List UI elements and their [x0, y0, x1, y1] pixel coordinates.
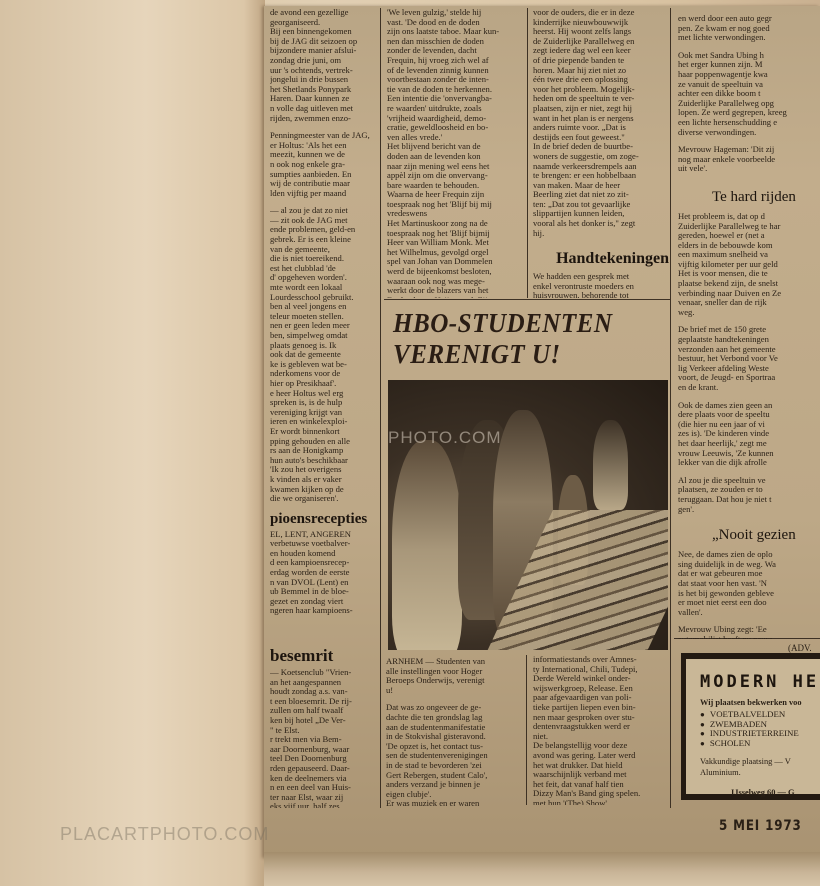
text-line: van maken. Maar de heer [533, 181, 669, 191]
text-line: of drie piepende banden te [533, 56, 669, 66]
column-rule [380, 8, 381, 808]
text-line: rden gepauseerd. Daar- [270, 764, 378, 774]
text-line: (die hier nu een jaar of vi [678, 420, 820, 430]
paragraph: ARNHEM — Studenten vanalle instellingen … [386, 657, 522, 695]
text-line: Het blijvend bericht van de [387, 142, 525, 152]
text-line: vooral als het donker is," zegt [533, 219, 669, 229]
text-line: ieren en winkelexploi- [270, 417, 378, 427]
text-line: In de brief deden de buurtbe- [533, 142, 669, 152]
text-line: erdag worden de eerste [270, 568, 378, 578]
column-2: 'We leven gulzig,' stelde hijvast. 'De d… [387, 8, 525, 298]
text-line: d een kampioensrecep- [270, 558, 378, 568]
text-line: kinderrijke nieuwbouwwijk [533, 18, 669, 28]
column-3: voor de ouders, die er in dezekinderrijk… [533, 8, 669, 298]
column-rule [526, 655, 527, 805]
text-line: en werd door een auto gegr [678, 14, 820, 24]
text-line: gezet en zondag viert [270, 597, 378, 607]
text-line: sen de studentenverenigingen [386, 751, 522, 761]
text-line: vallen'. [678, 608, 820, 618]
text-line: spreken is, is de hulp [270, 398, 378, 408]
text-line: georganiseerd. [270, 18, 378, 28]
col1-paragraph: — al zou je dat zo niet— zit ook de JAG … [270, 206, 378, 503]
col4-subhead-te-hard-rijden: Te hard rijden [712, 188, 820, 206]
text-line: Het is voor mensen, die te [678, 269, 820, 279]
text-line: Zuiderlijke Parallelweg opg [678, 99, 820, 109]
text-line: vredeswens [387, 209, 525, 219]
text-line: naar zijn mening wel eens het [387, 162, 525, 172]
text-line: ken bij hotel „De Ver- [270, 716, 378, 726]
text-line: ten: „Dat zou tot gevaarlijke [533, 200, 669, 210]
text-line: anders ruimte voor. „Dat is [533, 123, 669, 133]
text-line: gen'. [678, 505, 820, 515]
text-line: ARNHEM — Studenten van [386, 657, 522, 667]
paragraph: Ook de dames zien geen andere plaats voo… [678, 401, 820, 468]
advertisement-marker: (ADV. [788, 643, 812, 653]
text-line: anders verzand je binnen je [386, 780, 522, 790]
text-line: zegt iedere dag wel een keer [533, 46, 669, 56]
text-line: Dat was zo ongeveer de ge- [386, 703, 522, 713]
text-line: t een bloesemrit. De rij- [270, 697, 378, 707]
text-line: vast. 'De dood en de doden [387, 18, 525, 28]
text-line: 'De opzet is, het contact tus- [386, 742, 522, 752]
text-line: ke is gebleven wat be- [270, 360, 378, 370]
text-line: plaatse bekend zijn, de snelst [678, 279, 820, 289]
text-line: ter naar Elst, waar zij [270, 793, 378, 803]
paragraph: De brief met de 150 gretegeplaatste hand… [678, 325, 820, 392]
text-line: sumpties aanbieden. En [270, 170, 378, 180]
text-line: est het clubblad 'de [270, 264, 378, 274]
text-line: hun auto's beschikbaar [270, 456, 378, 466]
text-line: Penningmeester van de JAG, [270, 131, 378, 141]
text-line: — Koetsenclub "Vrien- [270, 668, 378, 678]
col1-paragraph: de avond een gezelligegeorganiseerd.Bij … [270, 8, 378, 123]
col4-subhead-nooit-gezien: „Nooit gezien [712, 526, 820, 544]
text-line: enkel verontruste moeders en [533, 282, 669, 292]
text-line: Het Martinuskoor zong na de [387, 219, 525, 229]
text-line: waaraan ook nog was mege- [387, 277, 525, 287]
text-line: ben, simpelweg omdat [270, 331, 378, 341]
text-line: ook dat de gemeente [270, 350, 378, 360]
text-line: dat staat voor hen vast. 'N [678, 579, 820, 589]
text-line: dere plaats voor de speeltu [678, 410, 820, 420]
text-line: We hadden een gesprek met [533, 272, 669, 282]
text-line: Gert Rebergen, student Calo', [386, 771, 522, 781]
text-line: het Wilhelmus, gevolgd orgel [387, 248, 525, 258]
paragraph: Het probleem is, dat op dZuiderlijke Par… [678, 212, 820, 318]
text-line: hier op Presikhaaf'. [270, 379, 378, 389]
text-line: geplaatste handtekeningen [678, 335, 820, 345]
text-line: dachte die ten grondslag lag [386, 713, 522, 723]
text-line: vrouw Leeuwis, 'Ze kunnen [678, 449, 820, 459]
text-line: teruggaan. Dat hou je niet t [678, 495, 820, 505]
text-line: Beroeps Onderwijs, verenigt [386, 676, 522, 686]
headline-line-1: HBO-STUDENTEN [393, 308, 612, 339]
text-line: het Shetlands Ponypark [270, 85, 378, 95]
text-line: plaats genoeg is. Ik [270, 341, 378, 351]
text-line: u! [386, 686, 522, 696]
text-line: n en een deel van Huis- [270, 783, 378, 793]
col1-subhead-bloesemrit: besemrit [270, 646, 378, 666]
text-line: alle instellingen voor Hoger [386, 667, 522, 677]
text-line: voortbestaan zonder de inten- [387, 75, 525, 85]
photo-watermark: PHOTO.COM [388, 428, 502, 448]
text-line: Dizzy Man's Band ging spelen. [533, 789, 667, 799]
text-line: De brief met de 150 grete [678, 325, 820, 335]
text-line: teleur moeten stellen. [270, 312, 378, 322]
text-line: ende problemen, geld-en [270, 225, 378, 235]
text-line: lekker van die dijk afrolle [678, 458, 820, 468]
text-line: ub Bemmel in de bloe- [270, 587, 378, 597]
article-column-right: informatiestands over Amnes-ty Internati… [533, 655, 667, 805]
text-line: Zuiderlijke Parallelweg te har [678, 222, 820, 232]
text-line: er moet niet eerst een doo [678, 598, 820, 608]
col3-paragraph: We hadden een gesprek metenkel verontrus… [533, 272, 669, 298]
text-line: dentenvraagstukken werd er [533, 722, 667, 732]
text-line: werkt door de blazers van het [387, 286, 525, 296]
ad-footer-line: Aluminium. [700, 767, 791, 778]
text-line: en de krant. [678, 383, 820, 393]
text-line: huisvrouwen, behorende tot [533, 291, 669, 298]
advertisement-modern: MODERN HE Wij plaatsen bekwerken voo VOE… [681, 653, 820, 800]
text-line: die is niet toereikend. [270, 254, 378, 264]
text-line: ty International, Chili, Tudepi, [533, 665, 667, 675]
text-line: heerst. Hij woont zelfs langs [533, 27, 669, 37]
text-line: Ook met Sandra Ubing h [678, 51, 820, 61]
text-line: tieke partijen liepen even bin- [533, 703, 667, 713]
text-line: Waarna de heer Frequin zijn [387, 190, 525, 200]
text-line: gereden, hoewel er (net a [678, 231, 820, 241]
section-rule [384, 299, 670, 300]
text-line: Beerling ziet dat niet zo zit- [533, 190, 669, 200]
text-line: lig Verkeer afdeling Weste [678, 364, 820, 374]
ad-list-item: SCHOLEN [700, 739, 799, 749]
text-line: werd de bijeenkomst besloten, [387, 267, 525, 277]
text-line: houdt zondag a.s. van- [270, 687, 378, 697]
column-1: de avond een gezelligegeorganiseerd.Bij … [270, 8, 378, 808]
text-line: in de Stokvishal gisteravond. [386, 732, 522, 742]
text-line: is het bij gewonden gebleve [678, 589, 820, 599]
text-line: EL, LENT, ANGEREN [270, 530, 378, 540]
text-line: toespraak nog het 'Blijf bij mij [387, 200, 525, 210]
ad-title: MODERN HE [700, 672, 819, 692]
clipping-bottom-margin [264, 852, 820, 886]
text-line: 'vrijheid waardigheid, demo- [387, 114, 525, 124]
text-line: verbetuwse voetbalver- [270, 539, 378, 549]
paragraph: Al zou je die speeltuin veplaatsen, ze z… [678, 476, 820, 514]
text-line: doden aan de levenden kon [387, 152, 525, 162]
text-line: wijswerkgroep, Release. Een [533, 684, 667, 694]
text-line: nen maar gesproken over stu- [533, 713, 667, 723]
paragraph: Dat was zo ongeveer de ge-dachte die ten… [386, 703, 522, 807]
text-line: want in het plan is er nergens [533, 114, 669, 124]
text-line: elders in de bebouwde kom [678, 241, 820, 251]
text-line: Mevrouw Hageman: 'Dit zij [678, 145, 820, 155]
text-line: n ook nog enkele gra- [270, 160, 378, 170]
text-line: haar poppenwagentje kwa [678, 70, 820, 80]
text-line: of de levenden zinnig kunnen [387, 66, 525, 76]
book-page-left [0, 0, 265, 886]
text-line: Frequin, hij vroeg zich wel af [387, 56, 525, 66]
text-line: toespraak nog het 'Blijf bijmij [387, 229, 525, 239]
text-line: aar Doornenburg, waar [270, 745, 378, 755]
headline-line-2: VERENIGT U! [393, 339, 612, 370]
text-line: " te Elst. [270, 726, 378, 736]
text-line: Fanfarekorps Heijenoord. Zij [387, 296, 525, 298]
text-line: pen. Ze kwam er nog goed [678, 24, 820, 34]
text-line: heden om de speeltuin te ver- [533, 94, 669, 104]
text-line: tie van de doden te herkennen. [387, 85, 525, 95]
text-line: van de gemeente, [270, 245, 378, 255]
text-line: een maximum snelheid va [678, 250, 820, 260]
text-line: sing duidelijk in de weg. Wa [678, 560, 820, 570]
text-line: ben al veel jongens en [270, 302, 378, 312]
clipping-date: 5 MEI 1973 [719, 818, 802, 834]
ad-footer-line: Vakkundige plaatsing — V [700, 756, 791, 767]
text-line: zonder de levenden, dacht [387, 46, 525, 56]
text-line: voor het probleem. Mogelijk- [533, 85, 669, 95]
article-column-left: ARNHEM — Studenten vanalle instellingen … [386, 657, 522, 807]
text-line: re waarden' uitdrukte, zoals [387, 104, 525, 114]
text-line: rs aan de Honigkamp [270, 446, 378, 456]
text-line: lden vijftig per maand [270, 189, 378, 199]
text-line: de Zuiderlijke Parallelweg en [533, 37, 669, 47]
text-line: Al zou je die speeltuin ve [678, 476, 820, 486]
column-4: en werd door een auto gegrpen. Ze kwam e… [678, 14, 820, 639]
text-line: an het aangespannen [270, 678, 378, 688]
text-line: gebrek. Er is een kleine [270, 235, 378, 245]
text-line: d' opgeheven worden'. [270, 273, 378, 283]
text-line: Het probleem is, dat op d [678, 212, 820, 222]
column-rule [527, 8, 528, 298]
text-line: meezit, kunnen we de [270, 150, 378, 160]
text-line: naamde verkeersdrempels aan [533, 162, 669, 172]
text-line: Ook de dames zien geen an [678, 401, 820, 411]
text-line: wij de contributie maar [270, 179, 378, 189]
text-line: Een intentie die 'onvervangba- [387, 94, 525, 104]
text-line: pping gehouden en alle [270, 437, 378, 447]
text-line: — zit ook de JAG met [270, 216, 378, 226]
text-line: bare waarden te behouden. [387, 181, 525, 191]
column-rule [670, 8, 671, 808]
text-line: destijds een fout geweest." [533, 133, 669, 143]
text-line: Derde Wereld winkel onder- [533, 674, 667, 684]
text-line: 'We leven gulzig,' stelde hij [387, 8, 525, 18]
text-line: r trekt men via Bem- [270, 735, 378, 745]
text-line: lopen. Ze werd gegrepen, kreeg [678, 108, 820, 118]
text-line: het erger kunnen zijn. M [678, 60, 820, 70]
ad-footer: Vakkundige plaatsing — V Aluminium. [700, 756, 791, 778]
text-line: informatiestands over Amnes- [533, 655, 667, 665]
text-line: het feit, dat vanaf half tien [533, 780, 667, 790]
text-line: diverse verwondingen. [678, 128, 820, 138]
text-line: Er wordt binnenkort [270, 427, 378, 437]
text-line: uur 's ochtends, vertrek- [270, 66, 378, 76]
text-line: waarschijnlijk verband met [533, 770, 667, 780]
text-line: niet. [533, 732, 667, 742]
text-line: weg. [678, 308, 820, 318]
text-line: mte wordt een lokaal [270, 283, 378, 293]
text-line: zes is). 'De kinderen vinde [678, 429, 820, 439]
text-line: één twee drie een oplossing [533, 75, 669, 85]
text-line: het daar heerlijk,' zegt me [678, 439, 820, 449]
text-line: k vinden als er vaker [270, 475, 378, 485]
text-line: met lichte verwondingen. [678, 33, 820, 43]
text-line: horen. Maar hij ziet niet zo [533, 66, 669, 76]
text-line: rijden, zwemmen enzo- [270, 114, 378, 124]
col3-paragraph: voor de ouders, die er in dezekinderrijk… [533, 8, 669, 238]
ad-list: VOETBALVELDEN ZWEMBADEN INDUSTRIETERREIN… [700, 710, 799, 748]
text-line: uit vele'. [678, 164, 820, 174]
text-line: plaatsen, ze zouden er to [678, 485, 820, 495]
text-line: bestuur, het Verbond voor Ve [678, 354, 820, 364]
text-line: nderkomens voor de [270, 369, 378, 379]
text-line: voort, de Jeugd- en Sportraa [678, 373, 820, 383]
text-line: eigen clubje'. [386, 790, 522, 800]
text-line: nog maar enkele voorbeelde [678, 155, 820, 165]
text-line: hij. [533, 229, 669, 239]
article-headline: HBO-STUDENTEN VERENIGT U! [393, 308, 612, 370]
text-line: Lourdesschool gebruikt. [270, 293, 378, 303]
text-line: cratie, geweldloosheid en bo- [387, 123, 525, 133]
col1-paragraph: EL, LENT, ANGERENverbetuwse voetbalver-e… [270, 530, 378, 616]
text-line: — al zou je dat zo niet [270, 206, 378, 216]
text-line: woners de suggestie, om zoge- [533, 152, 669, 162]
col3-subhead-handtekeningen: Handtekeningen [533, 250, 669, 268]
text-line: het wat drukker. Dat hield [533, 761, 667, 771]
text-line: paar afgevaardigen van poli- [533, 693, 667, 703]
text-line: nen er geen leden meer [270, 321, 378, 331]
col2-paragraph: 'We leven gulzig,' stelde hijvast. 'De d… [387, 8, 525, 298]
text-line: verbinding naar Duiven en Ze [678, 289, 820, 299]
text-line: avond was gering. Later werd [533, 751, 667, 761]
text-line: Heer van William Monk. Met [387, 238, 525, 248]
text-line: plaatsen, zijn er niet, zegt hij [533, 104, 669, 114]
text-line: in de stad te bevorderen 'zei [386, 761, 522, 771]
text-line: jongelui in drie bussen [270, 75, 378, 85]
text-line: n volle dag uitleven met [270, 104, 378, 114]
text-line: ngeren haar kampioens- [270, 606, 378, 616]
text-line: bij de JAG dit seizoen op [270, 37, 378, 47]
text-line: 'Ik zou het overigens [270, 465, 378, 475]
col1-paragraph: Penningmeester van de JAG,er Holtus: 'Al… [270, 131, 378, 198]
text-line: slippartijen kunnen leiden, [533, 209, 669, 219]
paragraph: informatiestands over Amnes-ty Internati… [533, 655, 667, 805]
text-line: vijftig kilometer per uur geld [678, 260, 820, 270]
text-line: appèl zijn om die onvervang- [387, 171, 525, 181]
paragraph: Mevrouw Ubing zegt: 'Eeautomobilist heef… [678, 625, 820, 639]
text-line: Bij een binnengekomen [270, 27, 378, 37]
text-line: dat er wat gebeuren moe [678, 569, 820, 579]
text-line: ze vanuit de speeltuin va [678, 80, 820, 90]
paragraph: Mevrouw Hageman: 'Dit zijnog maar enkele… [678, 145, 820, 174]
text-line: en houden komend [270, 549, 378, 559]
article-photo-students: PHOTO.COM [388, 380, 668, 650]
text-line: n van DVOL (Lent) en [270, 578, 378, 588]
text-line: eks vijf uur, half zes [270, 802, 378, 808]
page-watermark: PLACARTPHOTO.COM [60, 824, 269, 845]
text-line: Er was muziek en er waren [386, 799, 522, 807]
text-line: te brengen: er een hobbelbaan [533, 171, 669, 181]
text-line: kwamen kijken op de [270, 485, 378, 495]
text-line: Mevrouw Ubing zegt: 'Ee [678, 625, 820, 635]
text-line: de avond een gezellige [270, 8, 378, 18]
text-line: spel van Johan van Dommelen [387, 257, 525, 267]
text-line: automobilist heeft nu nauw [678, 635, 820, 639]
col1-subhead-kampioensrecepties: pioensrecepties [270, 510, 378, 528]
text-line: achter een dikke boom t [678, 89, 820, 99]
text-line: zondag drie juni, om [270, 56, 378, 66]
text-line: die we organiseren'. [270, 494, 378, 504]
ad-intro: Wij plaatsen bekwerken voo [700, 698, 802, 707]
text-line: bijzondere manier afslui- [270, 46, 378, 56]
text-line: nen dan misschien de doden [387, 37, 525, 47]
text-line: teel Den Doornenburg [270, 754, 378, 764]
text-line: zullen om half twaalf [270, 706, 378, 716]
paragraph: Nee, de dames zien de oplosing duidelijk… [678, 550, 820, 617]
text-line: De belangstellijg voor deze [533, 741, 667, 751]
paragraph: Ook met Sandra Ubing hhet erger kunnen z… [678, 51, 820, 137]
ad-address: IJsselweg 60 — G [731, 788, 795, 797]
paragraph: en werd door een auto gegrpen. Ze kwam e… [678, 14, 820, 43]
text-line: zijn ons laatste taboe. Maar kun- [387, 27, 525, 37]
text-line: Haren. Daar kunnen ze [270, 94, 378, 104]
text-line: vereniging krijgt van [270, 408, 378, 418]
text-line: ken de deelnemers via [270, 774, 378, 784]
text-line: Nee, de dames zien de oplo [678, 550, 820, 560]
text-line: voor de ouders, die er in deze [533, 8, 669, 18]
text-line: een lichte hersenschudding e [678, 118, 820, 128]
text-line: venaar, sneller dan de rijk [678, 298, 820, 308]
text-line: met hun '(The) Show'. [533, 799, 667, 805]
text-line: aan de studentenmanifestatie [386, 723, 522, 733]
text-line: ven alles vrede.' [387, 133, 525, 143]
text-line: er Holtus: 'Als het een [270, 141, 378, 151]
col1-paragraph: — Koetsenclub "Vrien-an het aangespannen… [270, 668, 378, 808]
text-line: e heer Holtus wel erg [270, 389, 378, 399]
text-line: verzonden aan het gemeente [678, 345, 820, 355]
